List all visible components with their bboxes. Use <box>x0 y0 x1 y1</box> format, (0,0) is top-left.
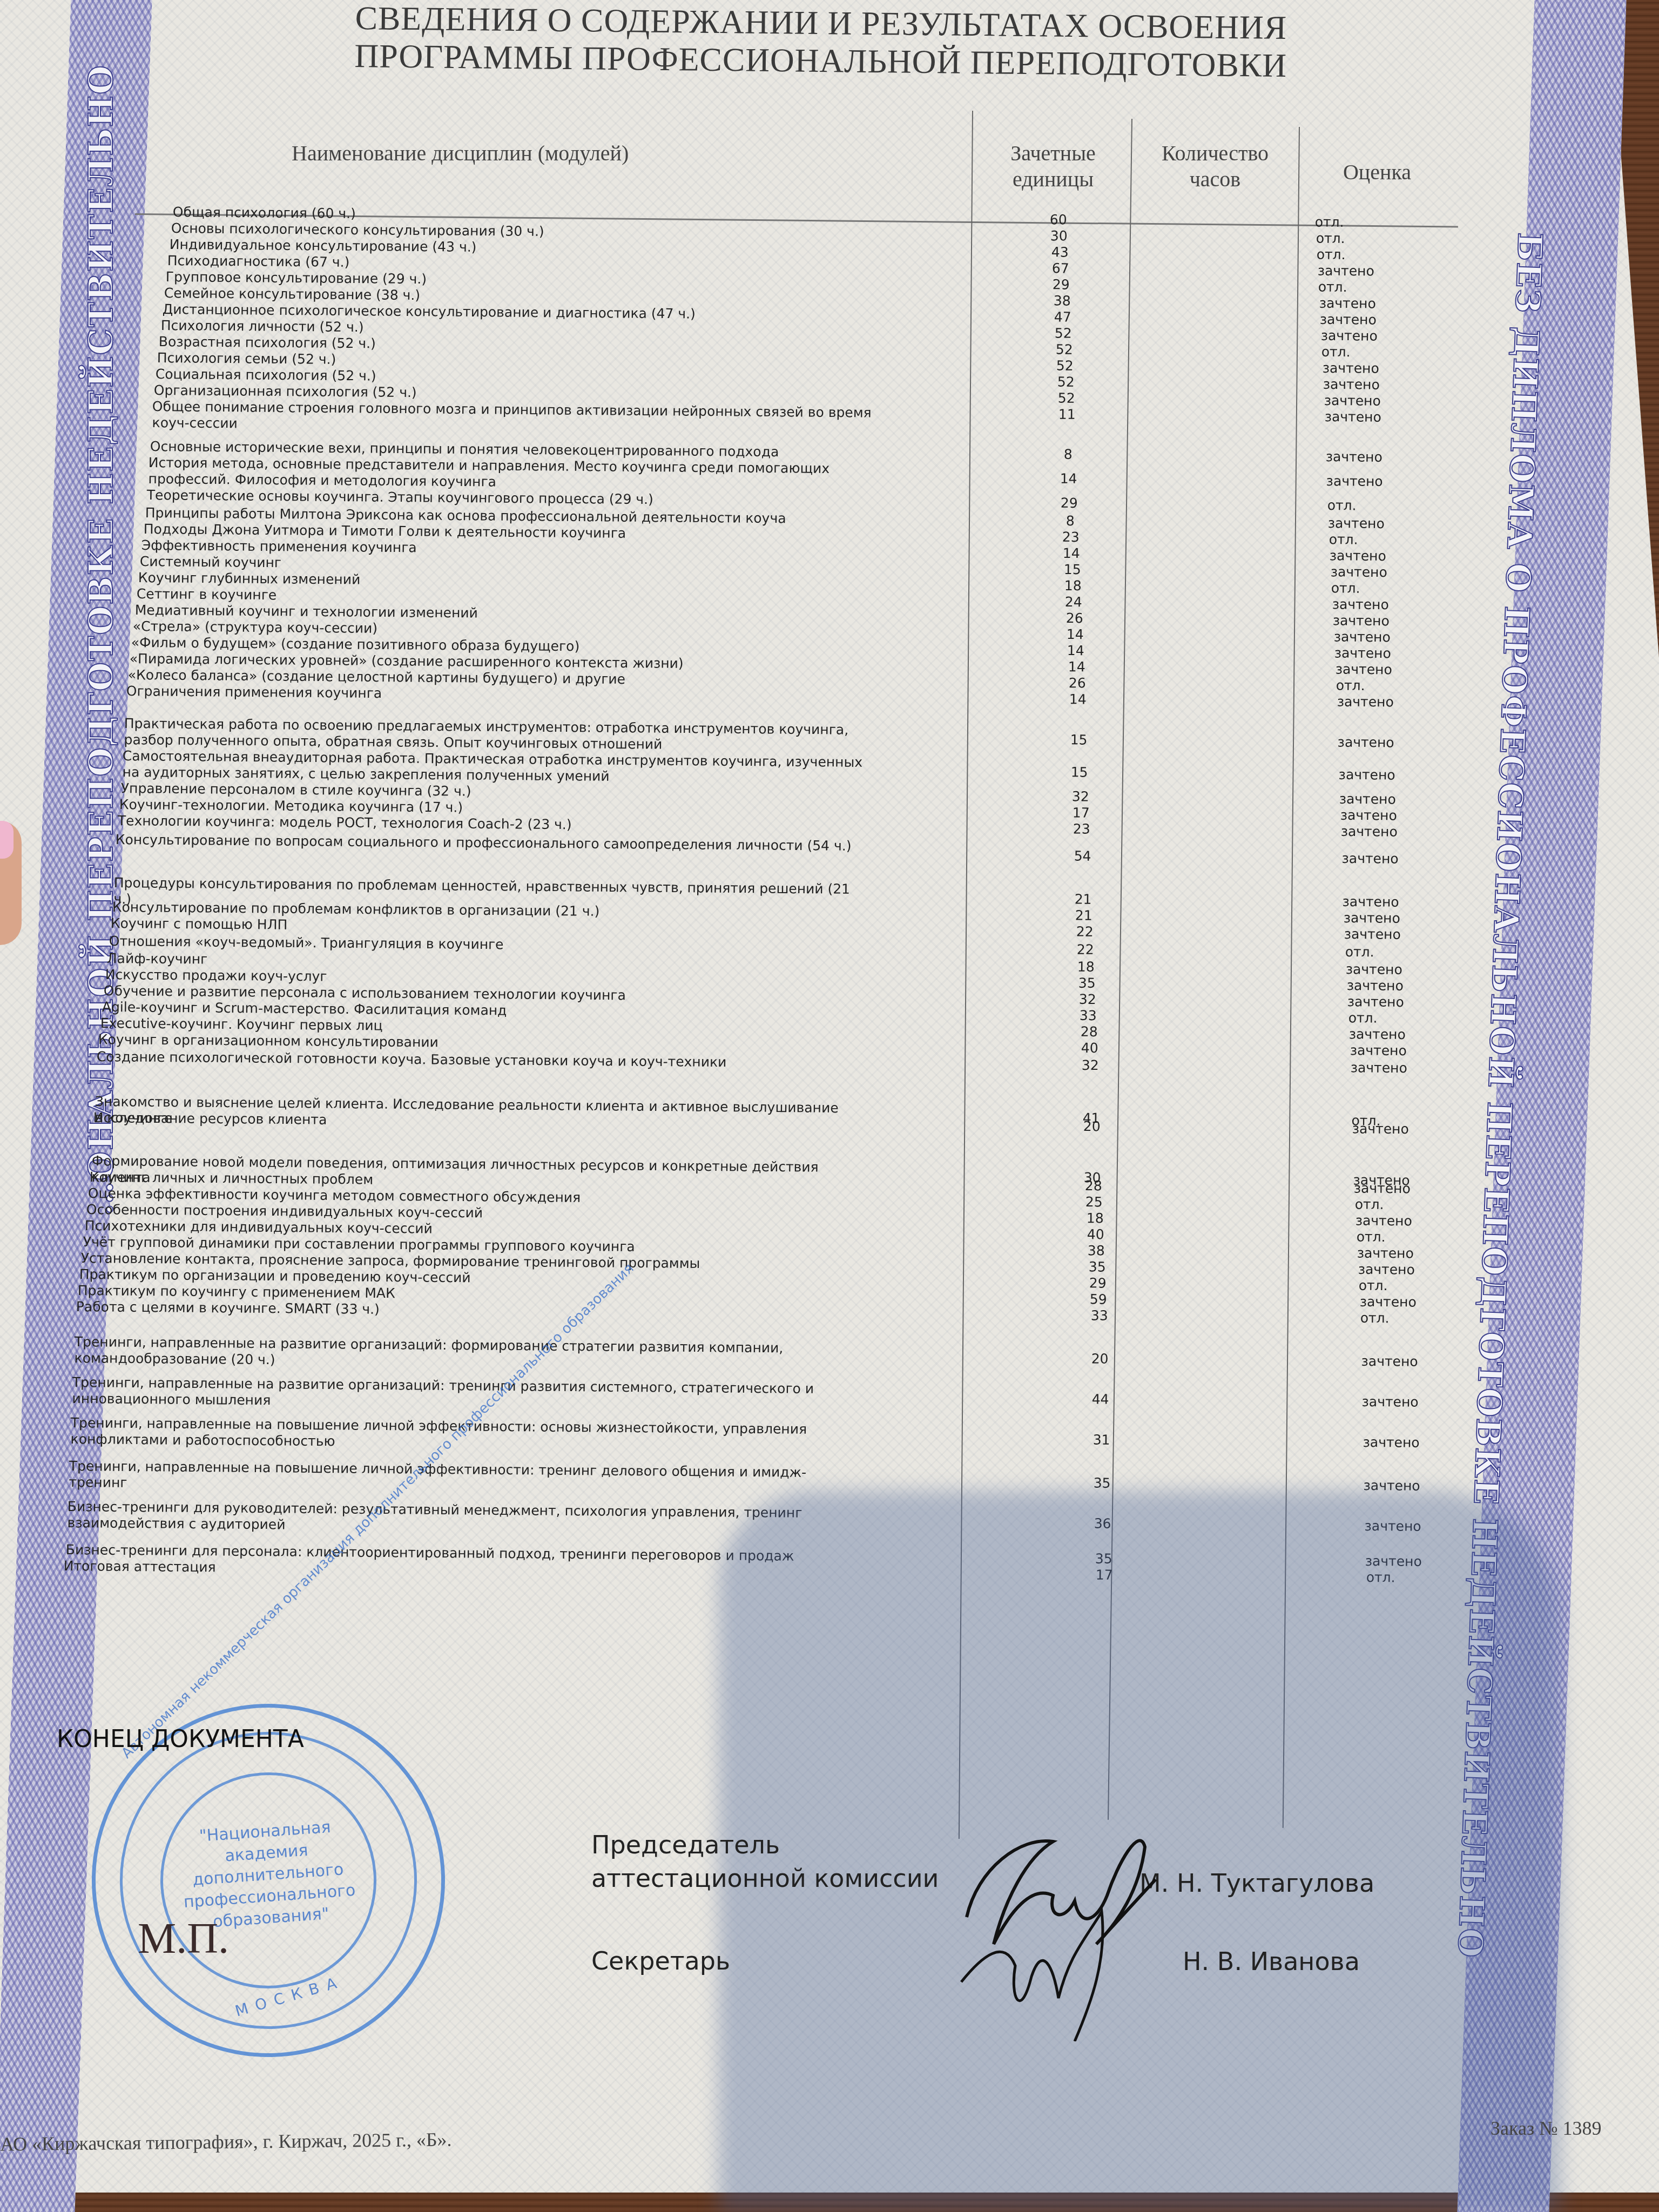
grade-value: зачтено <box>1326 449 1382 466</box>
grade-value: зачтено <box>1357 1245 1414 1262</box>
hours-value: 52 <box>1049 358 1081 374</box>
grade-value: зачтено <box>1320 312 1377 328</box>
header-discipline-name: Наименование дисциплин (модулей) <box>292 140 629 166</box>
grade-value: зачтено <box>1326 473 1383 490</box>
grade-value: зачтено <box>1321 328 1378 345</box>
grade-value: отл. <box>1360 1310 1390 1326</box>
grade-value: отл. <box>1315 214 1344 230</box>
grade-value: отл. <box>1321 344 1351 360</box>
hours-value: 54 <box>1067 848 1099 865</box>
grade-value: зачтено <box>1331 564 1387 581</box>
hours-value: 15 <box>1063 732 1095 748</box>
grade-value: отл. <box>1357 1229 1386 1245</box>
header-hours-line-2: часов <box>1150 166 1280 192</box>
grade-value: зачтено <box>1363 1434 1420 1451</box>
hours-value: 14 <box>1060 643 1092 659</box>
handwritten-signatures <box>945 1804 1193 2041</box>
grade-value: зачтено <box>1324 393 1381 409</box>
order-number: Заказ № 1389 <box>1491 2117 1602 2140</box>
hours-value: 28 <box>1077 1178 1110 1195</box>
hours-value: 40 <box>1080 1226 1112 1243</box>
hours-value: 38 <box>1080 1243 1112 1259</box>
hours-value: 32 <box>1064 788 1097 805</box>
grade-value: зачтено <box>1354 1180 1411 1197</box>
hours-value: 28 <box>1073 1024 1105 1041</box>
hours-value: 67 <box>1044 260 1077 277</box>
grade-value: зачтено <box>1344 910 1400 927</box>
grade-value: отл. <box>1331 580 1360 596</box>
hours-value: 20 <box>1076 1118 1108 1135</box>
grade-value: зачтено <box>1340 807 1397 824</box>
grade-value: зачтено <box>1342 851 1399 867</box>
grade-value: зачтено <box>1355 1213 1412 1230</box>
hours-value: 14 <box>1053 471 1085 488</box>
hours-value: 33 <box>1083 1307 1116 1324</box>
grade-value: отл. <box>1329 531 1358 548</box>
grade-value: зачтено <box>1319 295 1376 312</box>
header-hours: Количество часов <box>1150 140 1280 192</box>
discipline-name: Тренинги, направленные на развитие орган… <box>72 1374 822 1413</box>
printer-imprint: АО «Киржачская типография», г. Киржач, 2… <box>0 2128 452 2156</box>
header-credits-line-2: единицы <box>988 166 1118 192</box>
grade-value: зачтено <box>1339 767 1395 784</box>
grade-value: отл. <box>1359 1278 1388 1294</box>
grade-value: зачтено <box>1336 661 1392 678</box>
header-hours-line-1: Количество <box>1150 140 1280 166</box>
hours-value: 14 <box>1062 691 1094 708</box>
chair-label-line-1: Председатель <box>591 1828 939 1862</box>
grade-value: зачтено <box>1351 1060 1407 1076</box>
header-grade: Оценка <box>1318 159 1437 185</box>
hours-value: 35 <box>1081 1259 1114 1276</box>
discipline-name: Бизнес-тренинги для руководителей: резул… <box>67 1499 818 1537</box>
grade-value: отл. <box>1348 1010 1378 1026</box>
grade-value: зачтено <box>1347 994 1404 1010</box>
header-credits-line-1: Зачетные <box>988 140 1118 166</box>
hours-value: 40 <box>1074 1040 1106 1057</box>
hours-value: 35 <box>1086 1475 1118 1492</box>
grade-value: отл. <box>1336 678 1365 694</box>
hours-value: 14 <box>1061 659 1093 676</box>
hours-value: 15 <box>1063 764 1096 781</box>
end-of-document-label: КОНЕЦ ДОКУМЕНТА <box>57 1725 304 1753</box>
hours-value: 18 <box>1057 578 1089 595</box>
discipline-name: Общее понимание строения головного мозга… <box>152 399 902 437</box>
grade-value: отл. <box>1327 497 1357 514</box>
grade-value: зачтено <box>1323 360 1379 377</box>
hours-value: 24 <box>1057 594 1090 611</box>
grade-value: отл. <box>1318 279 1347 295</box>
grade-value: зачтено <box>1352 1121 1409 1137</box>
grade-value: зачтено <box>1346 961 1402 978</box>
grade-value: зачтено <box>1358 1262 1415 1278</box>
grade-value: отл. <box>1355 1196 1384 1212</box>
hours-value: 29 <box>1045 276 1077 293</box>
stamp-city: МОСКВА <box>233 1972 346 2020</box>
grade-value: зачтено <box>1328 515 1385 532</box>
hours-value: 29 <box>1082 1275 1114 1292</box>
hours-value: 14 <box>1059 626 1091 643</box>
hours-value: 29 <box>1053 495 1085 512</box>
secretary-name: Н. В. Иванова <box>1183 1947 1360 1976</box>
grade-value: зачтено <box>1361 1353 1418 1370</box>
hours-value: 47 <box>1047 309 1079 326</box>
hours-value: 22 <box>1069 942 1102 959</box>
hours-value: 43 <box>1044 244 1076 261</box>
grade-value: отл. <box>1345 944 1374 960</box>
grade-value: зачтено <box>1350 1042 1407 1059</box>
grade-value: зачтено <box>1360 1294 1417 1311</box>
hours-value: 20 <box>1084 1351 1116 1367</box>
grade-value: зачтено <box>1344 926 1401 943</box>
hours-value: 52 <box>1050 390 1083 407</box>
document-title: СВЕДЕНИЯ О СОДЕРЖАНИИ И РЕЗУЛЬТАТАХ ОСВО… <box>313 0 1328 85</box>
secretary-label: Секретарь <box>591 1944 730 1978</box>
hours-value: 31 <box>1085 1432 1118 1448</box>
fingernail <box>0 821 14 859</box>
hours-value: 32 <box>1074 1057 1107 1074</box>
hours-value: 18 <box>1070 959 1102 976</box>
hours-value: 8 <box>1054 513 1087 530</box>
grade-value: зачтено <box>1325 409 1381 426</box>
grade-value: отл. <box>1316 231 1345 247</box>
grade-value: зачтено <box>1323 376 1380 393</box>
grade-value: зачтено <box>1334 629 1391 645</box>
hours-value: 30 <box>1043 228 1075 245</box>
grade-value: зачтено <box>1341 824 1398 840</box>
grade-value: зачтено <box>1337 694 1394 711</box>
hours-value: 32 <box>1071 992 1104 1008</box>
hours-value: 26 <box>1058 610 1091 627</box>
hours-value: 26 <box>1061 675 1094 692</box>
grade-value: зачтено <box>1362 1394 1419 1411</box>
grade-value: зачтено <box>1334 645 1391 662</box>
grade-value: зачтено <box>1318 263 1374 280</box>
hours-value: 11 <box>1051 407 1083 423</box>
chair-label: Председатель аттестационной комиссии <box>591 1828 939 1895</box>
grade-value: зачтено <box>1332 596 1389 613</box>
hours-value: 44 <box>1084 1391 1117 1408</box>
hours-value: 15 <box>1056 562 1089 578</box>
grade-value: зачтено <box>1343 894 1399 911</box>
seal-place-label: М.П. <box>138 1914 229 1964</box>
grade-value: зачтено <box>1349 1026 1406 1043</box>
hours-value: 59 <box>1082 1291 1115 1308</box>
discipline-name: Тренинги, направленные на повышение личн… <box>69 1458 819 1497</box>
grade-value: зачтено <box>1333 612 1390 629</box>
hours-value: 17 <box>1065 805 1097 821</box>
hours-value: 33 <box>1072 1008 1104 1024</box>
hours-value: 8 <box>1052 447 1084 463</box>
hours-value: 18 <box>1079 1210 1111 1227</box>
hours-value: 52 <box>1050 374 1082 390</box>
hours-value: 21 <box>1067 891 1100 908</box>
hours-value: 52 <box>1047 325 1080 342</box>
hours-value: 14 <box>1055 545 1088 562</box>
hours-value: 21 <box>1068 907 1100 924</box>
hours-value: 23 <box>1055 529 1087 546</box>
grade-value: зачтено <box>1339 791 1396 808</box>
hours-value: 38 <box>1046 293 1078 309</box>
hours-value: 52 <box>1048 341 1081 358</box>
header-credits: Зачетные единицы <box>988 140 1118 192</box>
hours-value: 22 <box>1069 923 1101 940</box>
grade-value: зачтено <box>1338 734 1394 751</box>
chair-label-line-2: аттестационной комиссии <box>591 1862 939 1895</box>
hours-value: 35 <box>1071 975 1103 992</box>
discipline-name: Тренинги, направленные на развитие орган… <box>74 1334 825 1373</box>
grade-value: зачтено <box>1347 977 1404 994</box>
grade-value: зачтено <box>1330 548 1386 564</box>
hours-value: 25 <box>1078 1194 1110 1211</box>
hours-value: 23 <box>1065 821 1098 838</box>
grade-value: отл. <box>1317 247 1346 263</box>
hours-value: 60 <box>1042 212 1075 228</box>
